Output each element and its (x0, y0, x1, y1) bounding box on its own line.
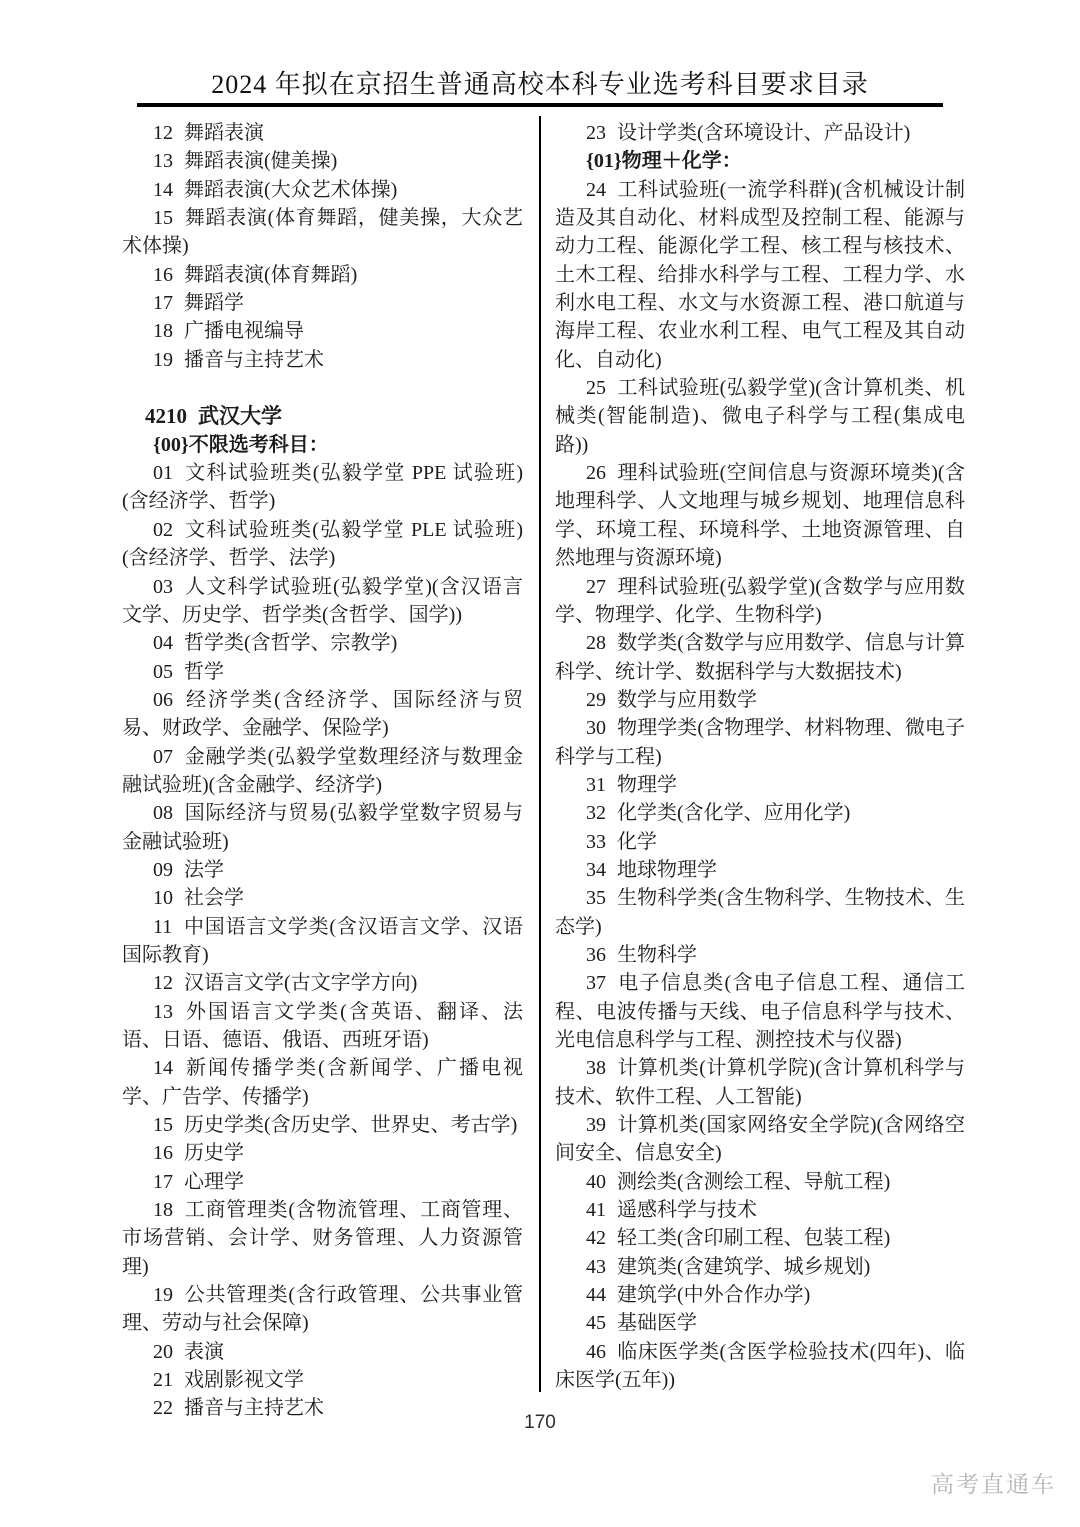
item-number: 42 (586, 1227, 617, 1249)
item-text: 生物科学类(含生物科学、生物技术、生态学) (555, 887, 965, 937)
catalog-item: 10社会学 (122, 884, 523, 912)
catalog-item: 32化学类(含化学、应用化学) (555, 799, 965, 827)
catalog-item: 37电子信息类(含电子信息工程、通信工程、电波传播与天线、电子信息科学与技术、光… (555, 969, 965, 1054)
item-text: 临床医学类(含医学检验技术(四年)、临床医学(五年)) (555, 1341, 965, 1391)
item-number: 43 (586, 1256, 617, 1278)
catalog-item: 12汉语言文学(古文字学方向) (122, 969, 523, 997)
catalog-item: 15历史学类(含历史学、世界史、考古学) (122, 1111, 523, 1139)
catalog-item: 35生物科学类(含生物科学、生物技术、生态学) (555, 884, 965, 941)
item-text: 数学类(含数学与应用数学、信息与计算科学、统计学、数据科学与大数据技术) (555, 632, 965, 682)
catalog-item: 41遥感科学与技术 (555, 1196, 965, 1224)
item-number: 40 (586, 1171, 617, 1193)
item-number: 38 (586, 1057, 617, 1079)
catalog-item: 24工科试验班(一流学科群)(含机械设计制造及其自动化、材料成型及控制工程、能源… (555, 176, 965, 374)
catalog-item: 20表演 (122, 1338, 523, 1366)
item-text: 中国语言文学类(含汉语言文学、汉语国际教育) (122, 916, 523, 966)
item-text: 地球物理学 (617, 859, 717, 881)
item-number: 30 (586, 717, 617, 739)
catalog-item: 16历史学 (122, 1139, 523, 1167)
item-number: 01 (153, 462, 184, 484)
item-number: 03 (153, 576, 184, 598)
catalog-item: 26理科试验班(空间信息与资源环境类)(含地理科学、人文地理与城乡规划、地理信息… (555, 459, 965, 572)
item-number: 23 (586, 122, 617, 144)
catalog-item: 34地球物理学 (555, 856, 965, 884)
item-text: 数学与应用数学 (617, 689, 757, 711)
item-number: 15 (153, 207, 184, 229)
page-title: 2024 年拟在京招生普通高校本科专业选考科目要求目录 (0, 64, 1080, 101)
catalog-item: 07金融学类(弘毅学堂数理经济与数理金融试验班)(含金融学、经济学) (122, 743, 523, 800)
catalog-item: 31物理学 (555, 771, 965, 799)
item-text: 物理学类(含物理学、材料物理、微电子科学与工程) (555, 717, 965, 767)
item-text: 舞蹈学 (184, 292, 244, 314)
item-text: 建筑类(含建筑学、城乡规划) (617, 1256, 870, 1278)
item-text: 哲学类(含哲学、宗教学) (184, 632, 397, 654)
item-number: 19 (153, 349, 184, 371)
item-text: 计算机类(国家网络安全学院)(含网络空间安全、信息安全) (555, 1114, 965, 1164)
item-text: 工科试验班(一流学科群)(含机械设计制造及其自动化、材料成型及控制工程、能源与动… (555, 179, 965, 371)
item-text: 物理学 (617, 774, 677, 796)
catalog-item: 16舞蹈表演(体育舞蹈) (122, 261, 523, 289)
item-text: 设计学类(含环境设计、产品设计) (617, 122, 910, 144)
school-heading: 4210武汉大学 (122, 402, 523, 430)
item-text: 心理学 (184, 1171, 244, 1193)
catalog-item: 21戏剧影视文学 (122, 1366, 523, 1394)
item-text: 舞蹈表演(健美操) (184, 150, 337, 172)
item-text: 测绘类(含测绘工程、导航工程) (617, 1171, 890, 1193)
item-number: 27 (586, 576, 617, 598)
catalog-item: 18工商管理类(含物流管理、工商管理、市场营销、会计学、财务管理、人力资源管理) (122, 1196, 523, 1281)
item-text: 法学 (184, 859, 224, 881)
catalog-item: 44建筑学(中外合作办学) (555, 1281, 965, 1309)
item-text: 广播电视编导 (184, 320, 304, 342)
catalog-item: 17心理学 (122, 1168, 523, 1196)
item-text: 电子信息类(含电子信息工程、通信工程、电波传播与天线、电子信息科学与技术、光电信… (555, 972, 965, 1051)
catalog-item: 38计算机类(计算机学院)(含计算机科学与技术、软件工程、人工智能) (555, 1054, 965, 1111)
item-number: 18 (153, 320, 184, 342)
catalog-item: 29数学与应用数学 (555, 686, 965, 714)
item-number: 21 (153, 1369, 184, 1391)
catalog-item: 13舞蹈表演(健美操) (122, 147, 523, 175)
item-number: 16 (153, 1142, 184, 1164)
catalog-item: 13外国语言文学类(含英语、翻译、法语、日语、德语、俄语、西班牙语) (122, 998, 523, 1055)
item-text: 遥感科学与技术 (617, 1199, 757, 1221)
item-number: 41 (586, 1199, 617, 1221)
school-code: 4210 (145, 404, 198, 428)
catalog-item: 03人文科学试验班(弘毅学堂)(含汉语言文学、历史学、哲学类(含哲学、国学)) (122, 573, 523, 630)
catalog-item: 18广播电视编导 (122, 317, 523, 345)
item-number: 10 (153, 887, 184, 909)
catalog-item: 17舞蹈学 (122, 289, 523, 317)
item-number: 33 (586, 831, 617, 853)
item-text: 理科试验班(空间信息与资源环境类)(含地理科学、人文地理与城乡规划、地理信息科学… (555, 462, 965, 569)
item-number: 31 (586, 774, 617, 796)
item-number: 37 (586, 972, 617, 994)
item-number: 18 (153, 1199, 184, 1221)
item-number: 02 (153, 519, 184, 541)
page-number: 170 (0, 1412, 1080, 1434)
catalog-item: 28数学类(含数学与应用数学、信息与计算科学、统计学、数据科学与大数据技术) (555, 629, 965, 686)
item-number: 17 (153, 1171, 184, 1193)
item-number: 46 (586, 1341, 617, 1363)
item-number: 14 (153, 1057, 184, 1079)
catalog-item: 01文科试验班类(弘毅学堂 PPE 试验班)(含经济学、哲学) (122, 459, 523, 516)
item-number: 35 (586, 887, 617, 909)
item-number: 28 (586, 632, 617, 654)
item-text: 历史学 (184, 1142, 244, 1164)
catalog-item: 09法学 (122, 856, 523, 884)
catalog-item: 43建筑类(含建筑学、城乡规划) (555, 1253, 965, 1281)
catalog-item: 42轻工类(含印刷工程、包装工程) (555, 1224, 965, 1252)
item-text: 汉语言文学(古文字学方向) (184, 972, 417, 994)
item-number: 06 (153, 689, 184, 711)
catalog-item: 40测绘类(含测绘工程、导航工程) (555, 1168, 965, 1196)
item-number: 14 (153, 179, 184, 201)
item-text: 舞蹈表演(体育舞蹈) (184, 264, 357, 286)
document-page: 2024 年拟在京招生普通高校本科专业选考科目要求目录 12舞蹈表演13舞蹈表演… (0, 0, 1080, 1527)
catalog-item: 46临床医学类(含医学检验技术(四年)、临床医学(五年)) (555, 1338, 965, 1395)
catalog-item: 14舞蹈表演(大众艺术体操) (122, 176, 523, 204)
item-number: 08 (153, 802, 184, 824)
item-number: 19 (153, 1284, 184, 1306)
item-text: 舞蹈表演(大众艺术体操) (184, 179, 397, 201)
item-text: 建筑学(中外合作办学) (617, 1284, 810, 1306)
left-column: 12舞蹈表演13舞蹈表演(健美操)14舞蹈表演(大众艺术体操)15舞蹈表演(体育… (122, 119, 523, 1423)
item-text: 哲学 (184, 661, 224, 683)
item-text: 社会学 (184, 887, 244, 909)
item-number: 17 (153, 292, 184, 314)
item-number: 44 (586, 1284, 617, 1306)
right-column: 23设计学类(含环境设计、产品设计){01}物理＋化学：24工科试验班(一流学科… (555, 119, 965, 1394)
item-number: 09 (153, 859, 184, 881)
header-rule (137, 103, 943, 107)
catalog-item: 23设计学类(含环境设计、产品设计) (555, 119, 965, 147)
catalog-item: 14新闻传播学类(含新闻学、广播电视学、广告学、传播学) (122, 1054, 523, 1111)
item-number: 05 (153, 661, 184, 683)
catalog-item: 11中国语言文学类(含汉语言文学、汉语国际教育) (122, 913, 523, 970)
item-text: 历史学类(含历史学、世界史、考古学) (184, 1114, 517, 1136)
item-text: 化学 (617, 831, 657, 853)
item-text: 理科试验班(弘毅学堂)(含数学与应用数学、物理学、化学、生物科学) (555, 576, 965, 626)
item-number: 12 (153, 122, 184, 144)
catalog-item: 15舞蹈表演(体育舞蹈，健美操，大众艺术体操) (122, 204, 523, 261)
item-number: 20 (153, 1341, 184, 1363)
catalog-item: 04哲学类(含哲学、宗教学) (122, 629, 523, 657)
catalog-item: 33化学 (555, 828, 965, 856)
catalog-item: 08国际经济与贸易(弘毅学堂数字贸易与金融试验班) (122, 799, 523, 856)
item-number: 07 (153, 746, 184, 768)
item-text: 工科试验班(弘毅学堂)(含计算机类、机械类(智能制造)、微电子科学与工程(集成电… (555, 377, 965, 456)
section-heading: {01}物理＋化学： (555, 147, 965, 175)
item-number: 13 (153, 150, 184, 172)
item-number: 34 (586, 859, 617, 881)
item-text: 基础医学 (617, 1312, 697, 1334)
item-number: 04 (153, 632, 184, 654)
item-text: 计算机类(计算机学院)(含计算机科学与技术、软件工程、人工智能) (555, 1057, 965, 1107)
item-number: 45 (586, 1312, 617, 1334)
catalog-item: 19播音与主持艺术 (122, 346, 523, 374)
item-number: 16 (153, 264, 184, 286)
item-text: 表演 (184, 1341, 224, 1363)
catalog-item: 06经济学类(含经济学、国际经济与贸易、财政学、金融学、保险学) (122, 686, 523, 743)
catalog-item: 30物理学类(含物理学、材料物理、微电子科学与工程) (555, 714, 965, 771)
catalog-item: 45基础医学 (555, 1309, 965, 1337)
column-divider (539, 116, 541, 1392)
item-number: 11 (153, 916, 183, 938)
catalog-item: 05哲学 (122, 658, 523, 686)
catalog-item: 36生物科学 (555, 941, 965, 969)
item-number: 26 (586, 462, 617, 484)
item-number: 32 (586, 802, 617, 824)
item-text: 舞蹈表演 (184, 122, 264, 144)
catalog-item: 12舞蹈表演 (122, 119, 523, 147)
catalog-item: 25工科试验班(弘毅学堂)(含计算机类、机械类(智能制造)、微电子科学与工程(集… (555, 374, 965, 459)
catalog-item: 19公共管理类(含行政管理、公共事业管理、劳动与社会保障) (122, 1281, 523, 1338)
catalog-item: 02文科试验班类(弘毅学堂 PLE 试验班)(含经济学、哲学、法学) (122, 516, 523, 573)
item-number: 39 (586, 1114, 617, 1136)
item-number: 24 (586, 179, 617, 201)
item-number: 12 (153, 972, 184, 994)
item-text: 生物科学 (617, 944, 697, 966)
item-number: 15 (153, 1114, 184, 1136)
school-name: 武汉大学 (198, 404, 282, 428)
item-text: 戏剧影视文学 (184, 1369, 304, 1391)
section-heading: {00}不限选考科目： (122, 431, 523, 459)
watermark: 高考直通车 (931, 1466, 1056, 1499)
item-number: 36 (586, 944, 617, 966)
catalog-item: 39计算机类(国家网络安全学院)(含网络空间安全、信息安全) (555, 1111, 965, 1168)
item-text: 轻工类(含印刷工程、包装工程) (617, 1227, 890, 1249)
item-number: 29 (586, 689, 617, 711)
item-number: 25 (586, 377, 617, 399)
item-number: 13 (153, 1001, 184, 1023)
item-text: 播音与主持艺术 (184, 349, 324, 371)
catalog-item: 27理科试验班(弘毅学堂)(含数学与应用数学、物理学、化学、生物科学) (555, 573, 965, 630)
item-text: 化学类(含化学、应用化学) (617, 802, 850, 824)
